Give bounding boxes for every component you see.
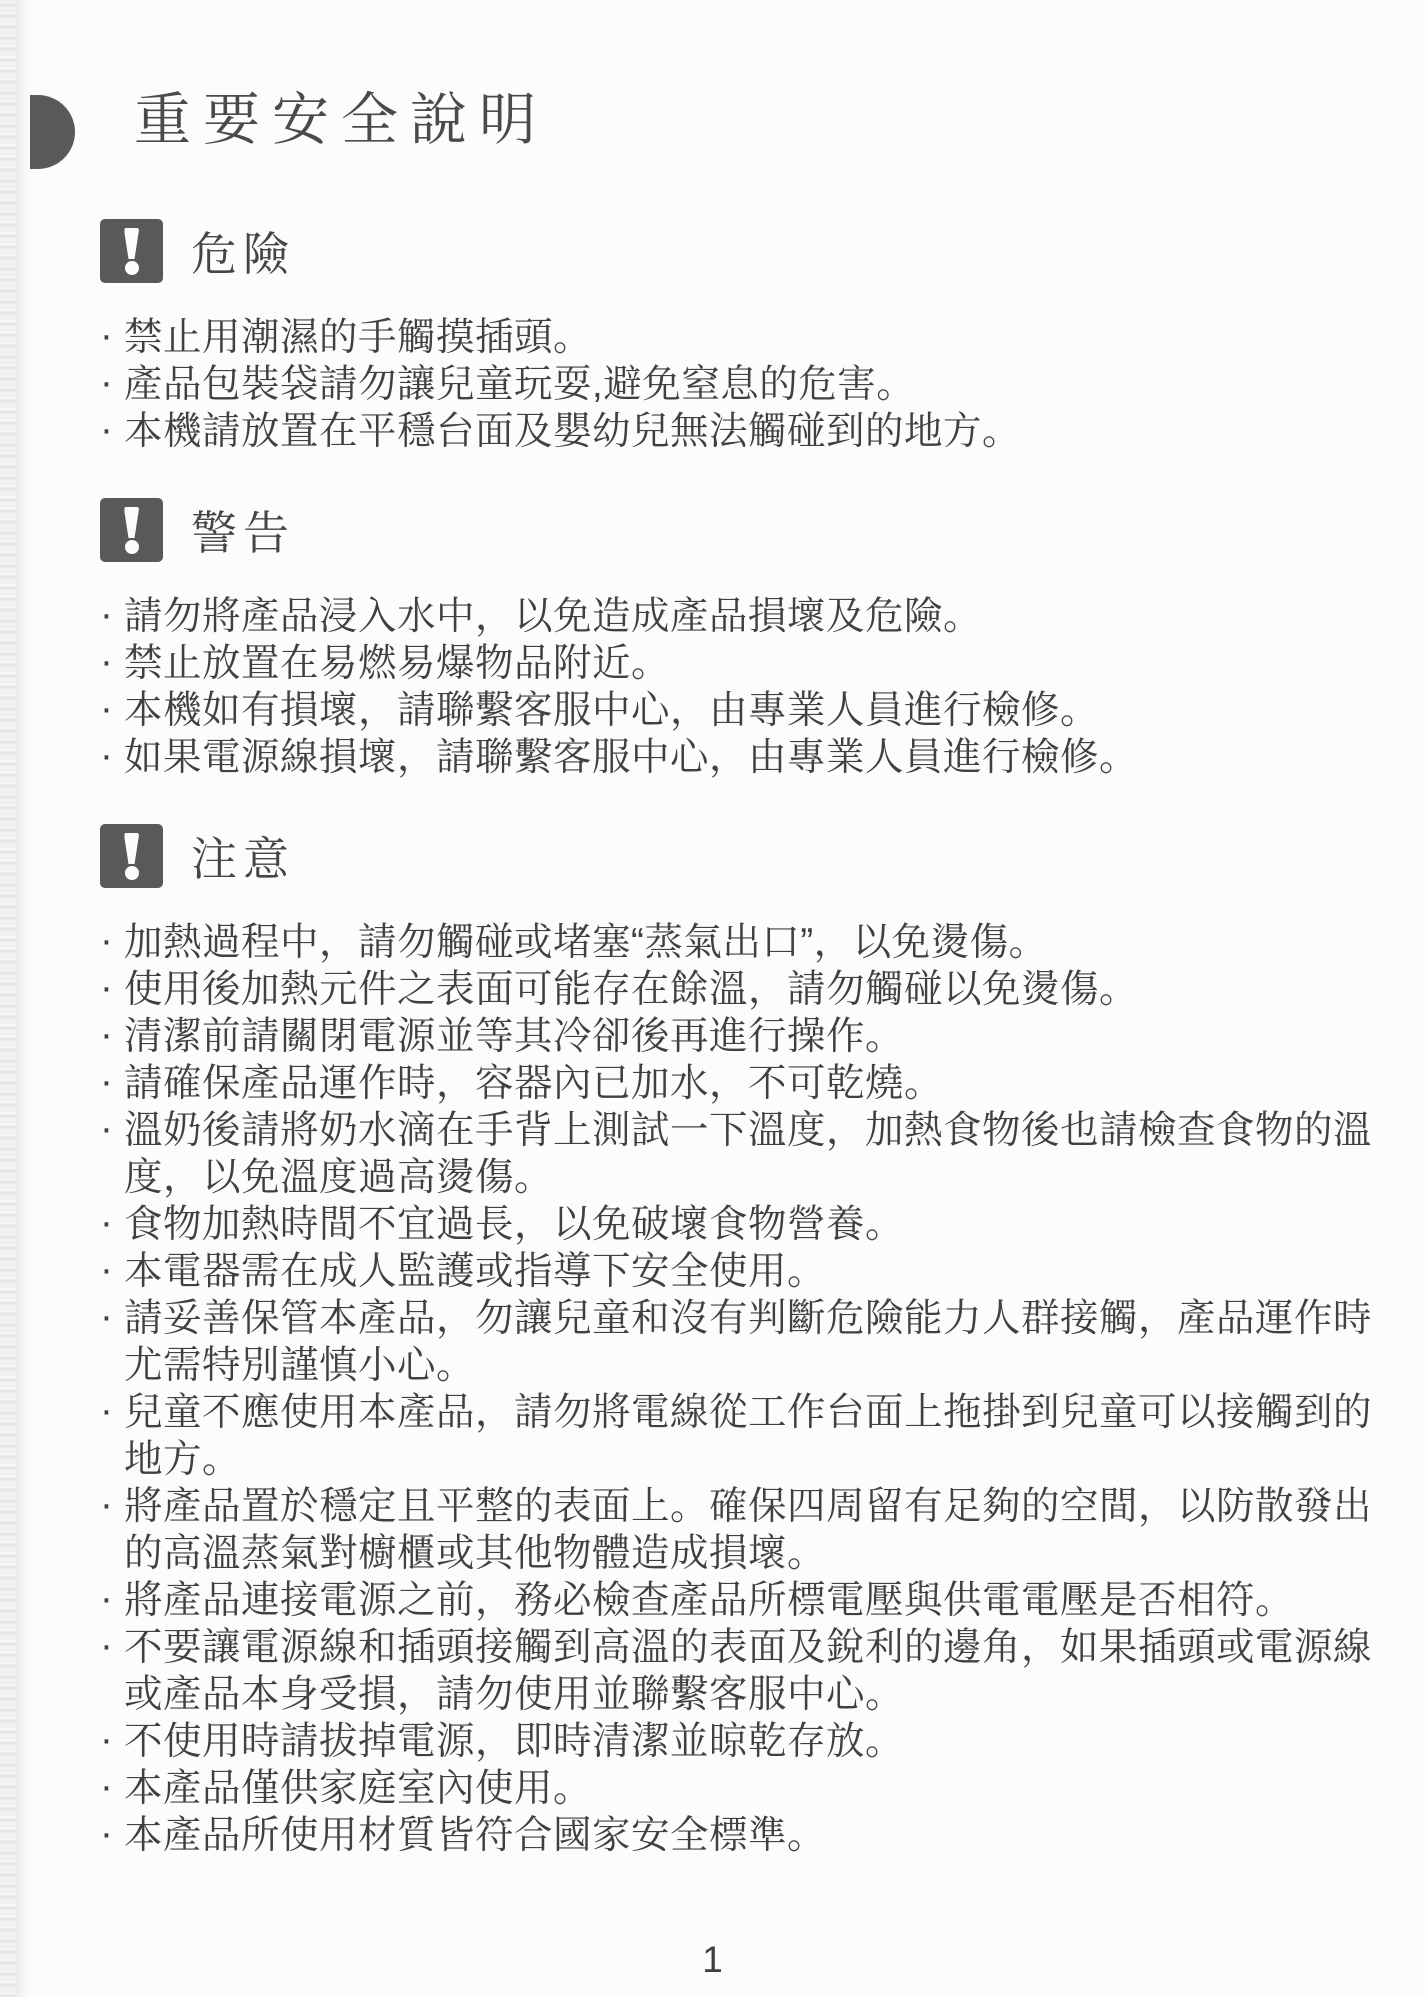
bullet-dot: · xyxy=(100,1058,113,1105)
page-number: 1 xyxy=(0,1939,1425,1981)
bullet-dot: · xyxy=(100,917,113,964)
manual-page: 重要安全說明 危險 ·禁止用潮濕的手觸摸插頭。 ·產品包裝袋請勿讓兒童玩耍,避免… xyxy=(100,86,1377,1859)
safety-item-text: 將產品連接電源之前，務必檢查產品所標電壓與供電電壓是否相符。 xyxy=(124,1579,1294,1622)
safety-item: ·將產品置於穩定且平整的表面上。確保四周留有足夠的空間，以防散發出的高溫蒸氣對櫥… xyxy=(100,1483,1377,1577)
scan-edge-fade xyxy=(16,0,30,1997)
safety-item-text: 請確保產品運作時，容器內已加水，不可乾燒。 xyxy=(124,1062,943,1105)
warning-item-list: ·請勿將產品浸入水中，以免造成產品損壞及危險。 ·禁止放置在易燃易爆物品附近。 … xyxy=(100,593,1377,781)
safety-item: ·使用後加熱元件之表面可能存在餘溫，請勿觸碰以免燙傷。 xyxy=(100,966,1377,1013)
safety-item-text: 溫奶後請將奶水滴在手背上測試一下溫度，加熱食物後也請檢查食物的溫度，以免溫度過高… xyxy=(124,1109,1372,1199)
bullet-dot: · xyxy=(100,359,113,406)
bullet-dot: · xyxy=(100,1293,113,1340)
section-danger-header: 危險 xyxy=(100,218,1377,284)
bullet-dot: · xyxy=(100,1481,113,1528)
bullet-dot: · xyxy=(100,1622,113,1669)
safety-item: ·本機請放置在平穩台面及嬰幼兒無法觸碰到的地方。 xyxy=(100,408,1377,455)
safety-item: ·溫奶後請將奶水滴在手背上測試一下溫度，加熱食物後也請檢查食物的溫度，以免溫度過… xyxy=(100,1107,1377,1201)
page-title: 重要安全說明 xyxy=(134,86,1377,154)
exclamation-icon xyxy=(100,498,163,562)
scan-edge-texture xyxy=(0,0,16,1997)
exclamation-bar xyxy=(124,507,139,538)
safety-item-text: 禁止放置在易燃易爆物品附近。 xyxy=(124,642,670,685)
exclamation-icon xyxy=(100,219,163,283)
safety-item-text: 禁止用潮濕的手觸摸插頭。 xyxy=(124,316,592,359)
safety-item: ·禁止放置在易燃易爆物品附近。 xyxy=(100,640,1377,687)
exclamation-dot xyxy=(125,866,139,880)
exclamation-bar xyxy=(124,833,139,864)
exclamation-bar xyxy=(124,228,139,259)
bullet-dot: · xyxy=(100,1246,113,1293)
section-caution: 注意 ·加熱過程中，請勿觸碰或堵塞“蒸氣出口”，以免燙傷。 ·使用後加熱元件之表… xyxy=(100,823,1377,1859)
bullet-dot: · xyxy=(100,312,113,359)
safety-item-text: 將產品置於穩定且平整的表面上。確保四周留有足夠的空間，以防散發出的高溫蒸氣對櫥櫃… xyxy=(124,1485,1372,1575)
safety-item-text: 本機如有損壞，請聯繫客服中心，由專業人員進行檢修。 xyxy=(124,689,1099,732)
safety-item: ·加熱過程中，請勿觸碰或堵塞“蒸氣出口”，以免燙傷。 xyxy=(100,919,1377,966)
safety-item-text: 使用後加熱元件之表面可能存在餘溫，請勿觸碰以免燙傷。 xyxy=(124,968,1138,1011)
bullet-dot: · xyxy=(100,1199,113,1246)
bullet-dot: · xyxy=(100,1387,113,1434)
safety-item-text: 加熱過程中，請勿觸碰或堵塞“蒸氣出口”，以免燙傷。 xyxy=(124,921,1048,964)
bullet-dot: · xyxy=(100,685,113,732)
safety-item: ·不使用時請拔掉電源，即時清潔並晾乾存放。 xyxy=(100,1718,1377,1765)
safety-item: ·食物加熱時間不宜過長，以免破壞食物營養。 xyxy=(100,1201,1377,1248)
safety-item-text: 本產品僅供家庭室內使用。 xyxy=(124,1767,592,1810)
section-caution-header: 注意 xyxy=(100,823,1377,889)
bullet-dot: · xyxy=(100,964,113,1011)
safety-item: ·本機如有損壞，請聯繫客服中心，由專業人員進行檢修。 xyxy=(100,687,1377,734)
safety-item: ·請妥善保管本產品，勿讓兒童和沒有判斷危險能力人群接觸，產品運作時尤需特別謹慎小… xyxy=(100,1295,1377,1389)
safety-item-text: 食物加熱時間不宜過長，以免破壞食物營養。 xyxy=(124,1203,904,1246)
safety-item: ·產品包裝袋請勿讓兒童玩耍,避免窒息的危害。 xyxy=(100,361,1377,408)
exclamation-icon xyxy=(100,824,163,888)
safety-item: ·不要讓電源線和插頭接觸到高溫的表面及銳利的邊角，如果插頭或電源線或產品本身受損… xyxy=(100,1624,1377,1718)
safety-item-text: 不使用時請拔掉電源，即時清潔並晾乾存放。 xyxy=(124,1720,904,1763)
section-heading-danger: 危險 xyxy=(191,218,295,284)
safety-item-text: 不要讓電源線和插頭接觸到高溫的表面及銳利的邊角，如果插頭或電源線或產品本身受損，… xyxy=(124,1626,1372,1716)
bullet-dot: · xyxy=(100,638,113,685)
safety-item: ·請勿將產品浸入水中，以免造成產品損壞及危險。 xyxy=(100,593,1377,640)
caution-item-list: ·加熱過程中，請勿觸碰或堵塞“蒸氣出口”，以免燙傷。 ·使用後加熱元件之表面可能… xyxy=(100,919,1377,1859)
section-danger: 危險 ·禁止用潮濕的手觸摸插頭。 ·產品包裝袋請勿讓兒童玩耍,避免窒息的危害。 … xyxy=(100,218,1377,455)
safety-item-text: 本電器需在成人監護或指導下安全使用。 xyxy=(124,1250,826,1293)
safety-item: ·禁止用潮濕的手觸摸插頭。 xyxy=(100,314,1377,361)
section-warning: 警告 ·請勿將產品浸入水中，以免造成產品損壞及危險。 ·禁止放置在易燃易爆物品附… xyxy=(100,497,1377,781)
safety-item-text: 請妥善保管本產品，勿讓兒童和沒有判斷危險能力人群接觸，產品運作時尤需特別謹慎小心… xyxy=(124,1297,1372,1387)
safety-item: ·兒童不應使用本產品，請勿將電線從工作台面上拖掛到兒童可以接觸到的地方。 xyxy=(100,1389,1377,1483)
bullet-dot: · xyxy=(100,591,113,638)
safety-item-text: 產品包裝袋請勿讓兒童玩耍,避免窒息的危害。 xyxy=(124,363,915,406)
bullet-dot: · xyxy=(100,406,113,453)
safety-item-text: 本產品所使用材質皆符合國家安全標準。 xyxy=(124,1814,826,1857)
danger-item-list: ·禁止用潮濕的手觸摸插頭。 ·產品包裝袋請勿讓兒童玩耍,避免窒息的危害。 ·本機… xyxy=(100,314,1377,455)
safety-item: ·本產品所使用材質皆符合國家安全標準。 xyxy=(100,1812,1377,1859)
safety-item: ·本電器需在成人監護或指導下安全使用。 xyxy=(100,1248,1377,1295)
bullet-dot: · xyxy=(100,1763,113,1810)
safety-item-text: 請勿將產品浸入水中，以免造成產品損壞及危險。 xyxy=(124,595,982,638)
section-heading-caution: 注意 xyxy=(191,823,295,889)
safety-item: ·清潔前請關閉電源並等其冷卻後再進行操作。 xyxy=(100,1013,1377,1060)
exclamation-dot xyxy=(125,261,139,275)
bullet-dot: · xyxy=(100,1575,113,1622)
bullet-dot: · xyxy=(100,732,113,779)
safety-item: ·將產品連接電源之前，務必檢查產品所標電壓與供電電壓是否相符。 xyxy=(100,1577,1377,1624)
safety-item: ·如果電源線損壞，請聯繫客服中心，由專業人員進行檢修。 xyxy=(100,734,1377,781)
safety-item: ·請確保產品運作時，容器內已加水，不可乾燒。 xyxy=(100,1060,1377,1107)
bullet-dot: · xyxy=(100,1105,113,1152)
safety-item-text: 如果電源線損壞，請聯繫客服中心，由專業人員進行檢修。 xyxy=(124,736,1138,779)
bullet-dot: · xyxy=(100,1011,113,1058)
safety-item: ·本產品僅供家庭室內使用。 xyxy=(100,1765,1377,1812)
section-tab-marker xyxy=(30,95,75,169)
safety-item-text: 本機請放置在平穩台面及嬰幼兒無法觸碰到的地方。 xyxy=(124,410,1021,453)
exclamation-dot xyxy=(125,540,139,554)
bullet-dot: · xyxy=(100,1810,113,1857)
safety-item-text: 兒童不應使用本產品，請勿將電線從工作台面上拖掛到兒童可以接觸到的地方。 xyxy=(124,1391,1372,1481)
safety-item-text: 清潔前請關閉電源並等其冷卻後再進行操作。 xyxy=(124,1015,904,1058)
section-heading-warning: 警告 xyxy=(191,497,295,563)
bullet-dot: · xyxy=(100,1716,113,1763)
section-warning-header: 警告 xyxy=(100,497,1377,563)
